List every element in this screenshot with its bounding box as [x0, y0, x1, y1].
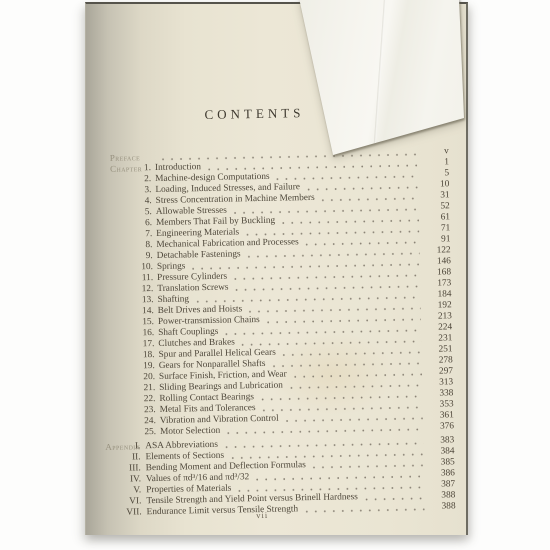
entry-number: 9.	[125, 251, 153, 263]
entry-number: 8.	[124, 240, 152, 252]
entry-number: VI.	[113, 496, 141, 508]
page-number: 31	[423, 190, 449, 201]
page-number: 387	[429, 479, 455, 490]
entry-number: 7.	[124, 229, 152, 241]
page-number: 168	[425, 267, 451, 278]
page-number: 192	[426, 300, 452, 311]
entry-number: 4.	[124, 196, 152, 208]
page-number: 353	[428, 399, 454, 410]
paper-corner-overlay	[296, 0, 468, 160]
entry-number: 16.	[126, 328, 154, 340]
entry-number: IV.	[113, 474, 141, 486]
entry-number: 10.	[125, 262, 153, 274]
entry-number: 19.	[127, 361, 155, 373]
entry-number: I.	[112, 441, 140, 453]
page-number: 386	[429, 468, 455, 479]
page-number: 146	[425, 256, 451, 267]
entry-number: II.	[112, 452, 140, 464]
entry-number: 17.	[126, 339, 154, 351]
page-number: 61	[424, 212, 450, 223]
page-number: 10	[423, 179, 449, 190]
page-number: 173	[425, 278, 451, 289]
entry-number: 15.	[126, 317, 154, 329]
folded-paper	[296, 0, 468, 160]
page-number: 231	[426, 333, 452, 344]
page-number: 5	[423, 168, 449, 179]
entry-number: V.	[113, 485, 141, 497]
page-number: 313	[427, 377, 453, 388]
page-number: 184	[425, 289, 451, 300]
page-number: 338	[427, 388, 453, 399]
page-number: 361	[428, 410, 454, 421]
entry-title: Introduction	[155, 162, 201, 174]
page-number: 71	[424, 223, 450, 234]
entry-number: 6.	[124, 218, 152, 230]
page-number: 388	[429, 490, 455, 501]
entry-number: III.	[113, 463, 141, 475]
page-number: 384	[428, 446, 454, 457]
entry-number: 22.	[127, 394, 155, 406]
page-number: 213	[426, 311, 452, 322]
page-number: 383	[428, 435, 454, 446]
paper-fold-crease	[374, 0, 386, 148]
table-of-contents: Preface v Chapter 1. Introduction 1 2. M…	[83, 146, 456, 519]
entry-number: 23.	[128, 405, 156, 417]
page-number: 278	[427, 355, 453, 366]
page-number: 52	[424, 201, 450, 212]
dot-leader	[227, 428, 423, 435]
preface-label: Preface	[110, 152, 141, 164]
entry-number: 24.	[128, 416, 156, 428]
entry-number: 11.	[125, 273, 153, 285]
entry-number: 5.	[124, 207, 152, 219]
entry-title: Springs	[157, 261, 186, 273]
page-number: 297	[427, 366, 453, 377]
page-number: 251	[426, 344, 452, 355]
entry-number: 3.	[123, 185, 151, 197]
entry-title: Shafting	[157, 294, 189, 306]
entry-number: 18.	[127, 350, 155, 362]
entry-number: 20.	[127, 372, 155, 384]
entry-number: 25.	[128, 427, 156, 439]
page-number: 385	[429, 457, 455, 468]
entry-number: 1.	[123, 163, 151, 175]
entry-number: 14.	[126, 306, 154, 318]
page-number: 122	[425, 245, 451, 256]
entry-number: 13.	[125, 295, 153, 307]
page-number: 91	[424, 234, 450, 245]
page-number: 376	[428, 421, 454, 432]
entry-number: 2.	[123, 174, 151, 186]
entry-number: 21.	[127, 383, 155, 395]
entry-title: Motor Selection	[160, 426, 220, 438]
dot-leader	[365, 497, 425, 501]
entry-number: 12.	[125, 284, 153, 296]
page-number: 224	[426, 322, 452, 333]
dot-leader	[322, 197, 419, 202]
